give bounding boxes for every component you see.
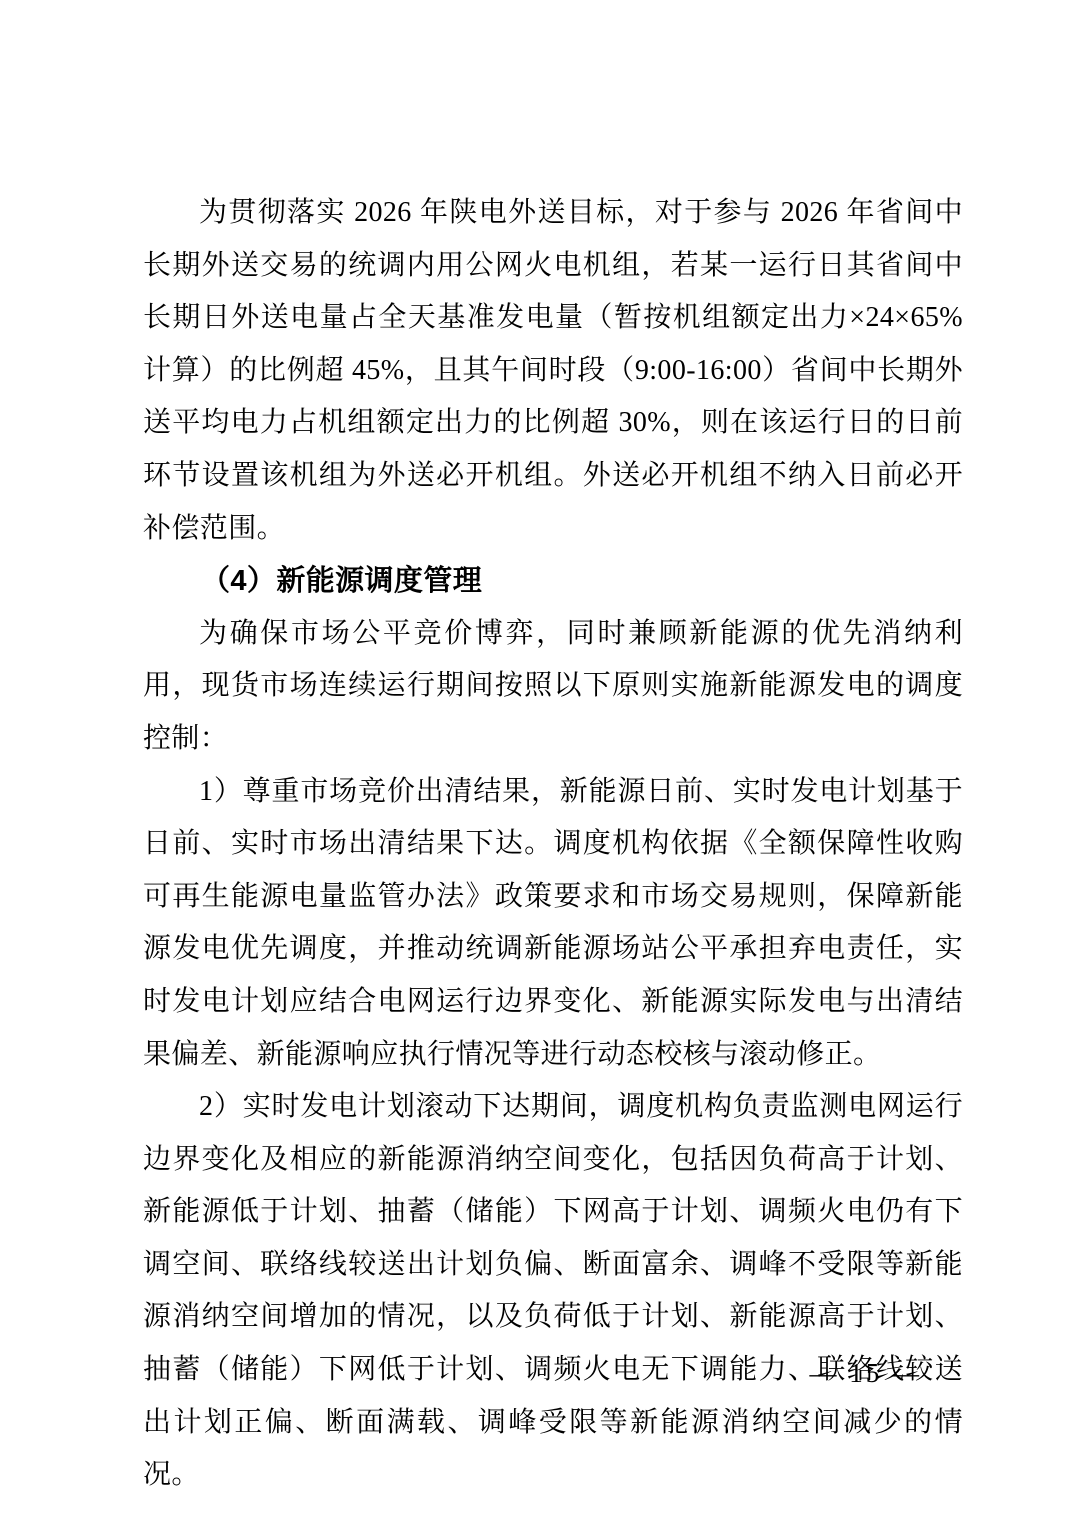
page-number: — 15 —: [810, 1356, 923, 1390]
section-heading-new-energy-dispatch: （4）新能源调度管理: [143, 555, 963, 608]
document-page: 为贯彻落实 2026 年陕电外送目标，对于参与 2026 年省间中长期外送交易的…: [0, 0, 1080, 1527]
paragraph-outbound-power-rule: 为贯彻落实 2026 年陕电外送目标，对于参与 2026 年省间中长期外送交易的…: [143, 187, 963, 555]
paragraph-dispatch-principles-intro: 为确保市场公平竞价博弈，同时兼顾新能源的优先消纳利用，现货市场连续运行期间按照以…: [143, 608, 963, 766]
document-body: 为贯彻落实 2026 年陕电外送目标，对于参与 2026 年省间中长期外送交易的…: [143, 187, 963, 1502]
paragraph-principle-1: 1）尊重市场竞价出清结果，新能源日前、实时发电计划基于日前、实时市场出清结果下达…: [143, 766, 963, 1082]
paragraph-principle-2: 2）实时发电计划滚动下达期间，调度机构负责监测电网运行边界变化及相应的新能源消纳…: [143, 1081, 963, 1502]
